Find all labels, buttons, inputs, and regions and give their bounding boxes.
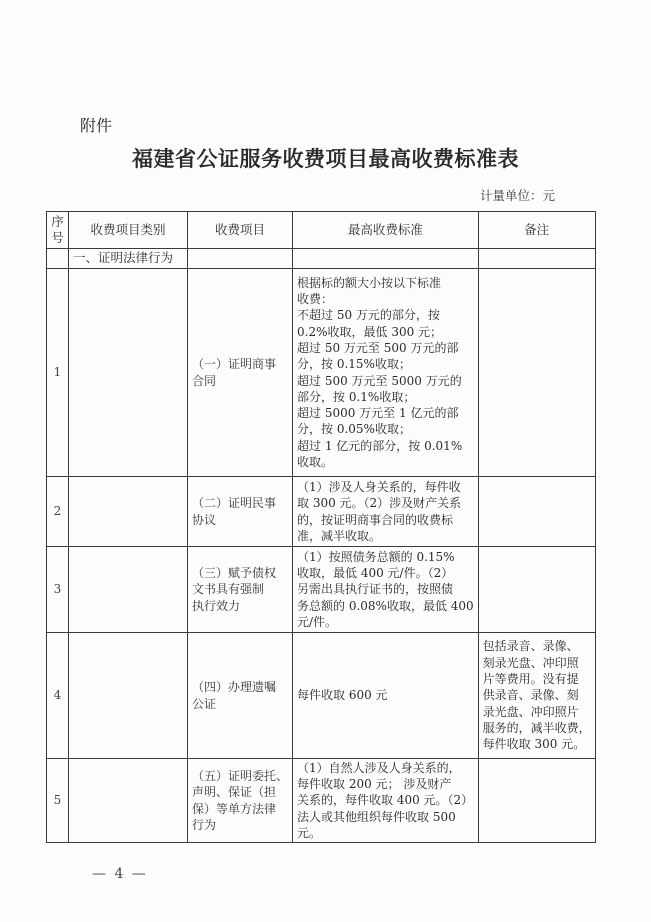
unit-label: 计量单位：元 — [480, 186, 555, 204]
header-item: 收费项目 — [188, 212, 293, 249]
table-header-row: 序 号 收费项目类别 收费项目 最高收费标准 备注 — [47, 212, 596, 249]
header-seq: 序 号 — [47, 212, 69, 249]
standard-line: 0.2%收取，最低 300 元； — [297, 324, 474, 340]
item-line: 公证 — [192, 696, 288, 713]
header-standard: 最高收费标准 — [293, 212, 479, 249]
standard-line: 准，减半收取。 — [297, 528, 474, 544]
row-standard: （1）自然人涉及人身关系的，每件收取 200 元； 涉及财产关系的，每件收取 4… — [293, 759, 479, 843]
item-line: 执行效力 — [192, 598, 288, 615]
row-category — [69, 759, 188, 843]
standard-line: （1）涉及人身关系的，每件收 — [297, 479, 474, 495]
row-seq: 3 — [47, 547, 69, 633]
row-seq: 2 — [47, 477, 69, 547]
header-category: 收费项目类别 — [69, 212, 188, 249]
section-item-cell — [188, 249, 293, 269]
item-line: 合同 — [192, 373, 288, 390]
standard-line: 分，按 0.15%收取； — [297, 356, 474, 372]
item-line: （三）赋予债权 — [192, 565, 288, 582]
standard-line: 每件收取 600 元 — [297, 687, 474, 703]
standard-line: 超过 5000 万元至 1 亿元的部 — [297, 405, 474, 421]
item-line: 协议 — [192, 512, 288, 529]
note-line: 每件收取 300 元。 — [483, 736, 591, 752]
standard-line: 超过 1 亿元的部分，按 0.01% — [297, 438, 474, 454]
section-note-cell — [478, 249, 595, 269]
table-row: 4（四）办理遗嘱公证每件收取 600 元包括录音、录像、刻录光盘、冲印照片等费用… — [47, 633, 596, 759]
note-line: 包括录音、录像、 — [483, 638, 591, 654]
section-label: 一、证明法律行为 — [69, 249, 188, 269]
item-line: 保）等单方法律 — [192, 801, 288, 818]
row-category — [69, 547, 188, 633]
table-row: 5（五）证明委托、声明、保证（担保）等单方法律行为（1）自然人涉及人身关系的，每… — [47, 759, 596, 843]
standard-line: 法人或其他组织每件收取 500 — [297, 809, 474, 825]
section-seq-cell — [47, 249, 69, 269]
attachment-label: 附件 — [80, 113, 112, 136]
standard-line: 根据标的额大小按以下标准 — [297, 275, 474, 291]
row-category — [69, 477, 188, 547]
row-note — [478, 477, 595, 547]
item-line: （四）办理遗嘱 — [192, 679, 288, 696]
document-title: 福建省公证服务收费项目最高收费标准表 — [0, 143, 651, 173]
row-standard: 根据标的额大小按以下标准收费：不超过 50 万元的部分，按0.2%收取，最低 3… — [293, 269, 479, 477]
standard-line: 取 300 元。（2）涉及财产关系 — [297, 495, 474, 511]
row-item: （三）赋予债权文书具有强制执行效力 — [188, 547, 293, 633]
row-note: 包括录音、录像、刻录光盘、冲印照片等费用。没有提供录音、录像、刻录光盘、冲印照片… — [478, 633, 595, 759]
header-seq-line: 序 — [47, 214, 68, 231]
standard-line: 每件收取 200 元； 涉及财产 — [297, 776, 474, 792]
item-line: （一）证明商事 — [192, 356, 288, 373]
table-row: 1（一）证明商事合同根据标的额大小按以下标准收费：不超过 50 万元的部分，按0… — [47, 269, 596, 477]
standard-line: 元。 — [297, 825, 474, 841]
row-standard: 每件收取 600 元 — [293, 633, 479, 759]
standard-line: 元/件。 — [297, 614, 474, 630]
section-row: 一、证明法律行为 — [47, 249, 596, 269]
standard-line: 务总额的 0.08%收取，最低 400 — [297, 598, 474, 614]
row-standard: （1）按照债务总额的 0.15%收取，最低 400 元/件。（2）另需出具执行证… — [293, 547, 479, 633]
item-line: （五）证明委托、 — [192, 768, 288, 785]
item-line: 行为 — [192, 817, 288, 834]
standard-line: 部分，按 0.1%收取； — [297, 389, 474, 405]
row-category — [69, 269, 188, 477]
row-item: （一）证明商事合同 — [188, 269, 293, 477]
standard-line: 收费： — [297, 291, 474, 307]
item-line: 文书具有强制 — [192, 581, 288, 598]
row-item: （五）证明委托、声明、保证（担保）等单方法律行为 — [188, 759, 293, 843]
standard-line: 的，按证明商事合同的收费标 — [297, 512, 474, 528]
standard-line: 分，按 0.05%收取； — [297, 421, 474, 437]
standard-line: 不超过 50 万元的部分，按 — [297, 307, 474, 323]
row-item: （四）办理遗嘱公证 — [188, 633, 293, 759]
row-seq: 1 — [47, 269, 69, 477]
row-seq: 5 — [47, 759, 69, 843]
standard-line: 超过 50 万元至 500 万元的部 — [297, 340, 474, 356]
row-category — [69, 633, 188, 759]
standard-line: （1）自然人涉及人身关系的， — [297, 760, 474, 776]
standard-line: 超过 500 万元至 5000 万元的 — [297, 373, 474, 389]
standard-line: 关系的，每件收取 400 元。（2） — [297, 792, 474, 808]
standard-line: 收取。 — [297, 454, 474, 470]
fee-standard-table: 序 号 收费项目类别 收费项目 最高收费标准 备注 一、证明法律行为 1（一）证… — [46, 211, 596, 843]
note-line: 刻录光盘、冲印照 — [483, 655, 591, 671]
table-row: 2（二）证明民事协议（1）涉及人身关系的，每件收取 300 元。（2）涉及财产关… — [47, 477, 596, 547]
header-seq-line: 号 — [47, 230, 68, 247]
section-standard-cell — [293, 249, 479, 269]
table-row: 3（三）赋予债权文书具有强制执行效力（1）按照债务总额的 0.15%收取，最低 … — [47, 547, 596, 633]
page-number: — 4 — — [92, 866, 148, 882]
row-note — [478, 547, 595, 633]
row-note — [478, 759, 595, 843]
standard-line: 另需出具执行证书的，按照债 — [297, 581, 474, 597]
standard-line: （1）按照债务总额的 0.15% — [297, 549, 474, 565]
row-standard: （1）涉及人身关系的，每件收取 300 元。（2）涉及财产关系的，按证明商事合同… — [293, 477, 479, 547]
row-note — [478, 269, 595, 477]
note-line: 片等费用。没有提 — [483, 671, 591, 687]
note-line: 服务的，减半收费， — [483, 720, 591, 736]
header-note: 备注 — [478, 212, 595, 249]
note-line: 录光盘、冲印照片 — [483, 704, 591, 720]
row-seq: 4 — [47, 633, 69, 759]
row-item: （二）证明民事协议 — [188, 477, 293, 547]
item-line: （二）证明民事 — [192, 495, 288, 512]
note-line: 供录音、录像、刻 — [483, 687, 591, 703]
standard-line: 收取，最低 400 元/件。（2） — [297, 565, 474, 581]
item-line: 声明、保证（担 — [192, 784, 288, 801]
